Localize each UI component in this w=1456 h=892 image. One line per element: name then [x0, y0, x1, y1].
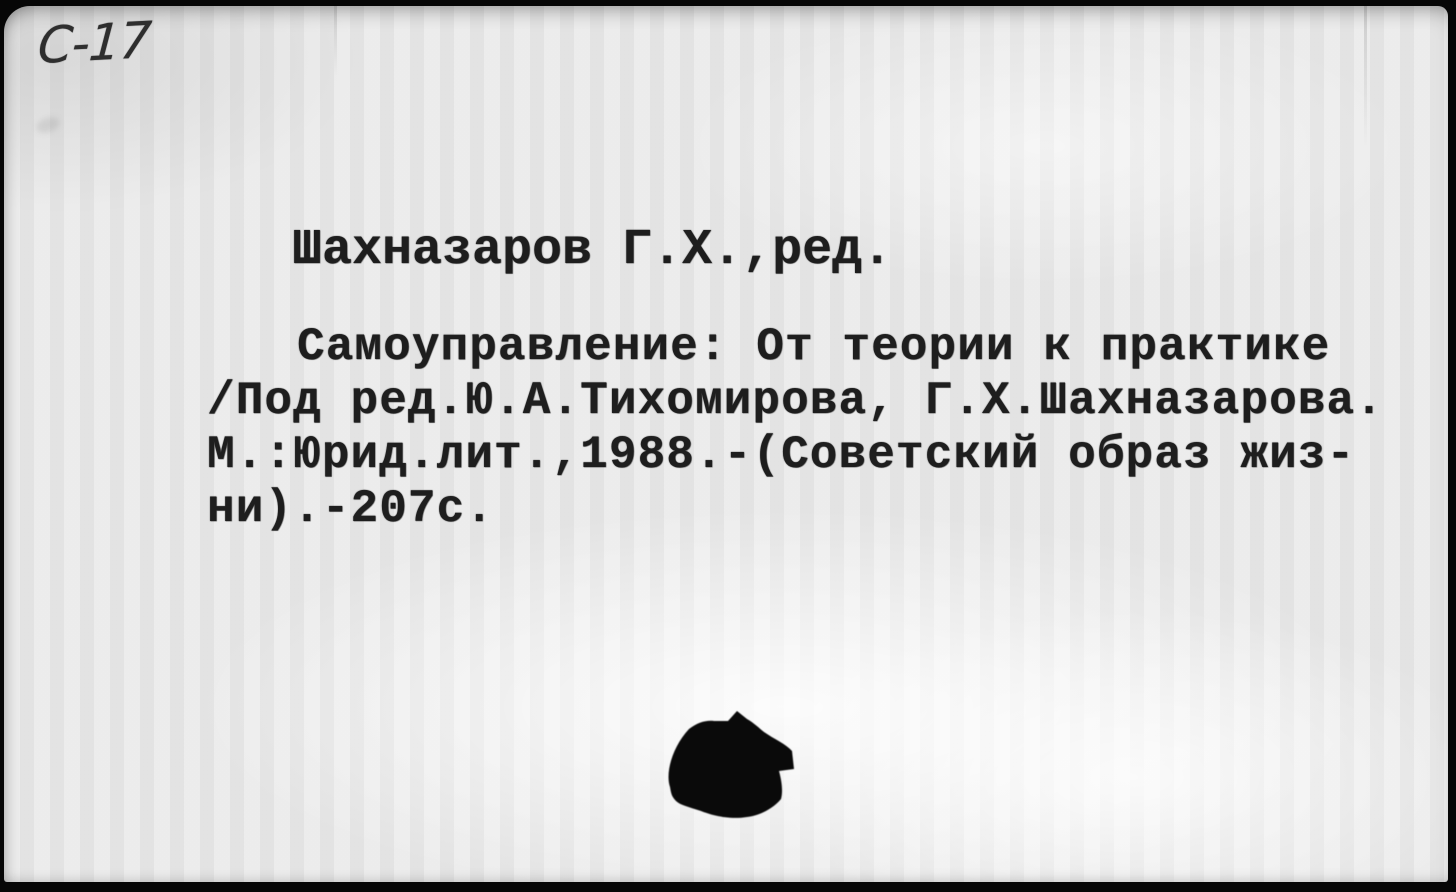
scan-crease: [1364, 6, 1367, 146]
editor-heading: Шахназаров Г.Х.,ред.: [292, 224, 892, 278]
citation-line-title: Самоуправление: От теории к практике: [207, 320, 1384, 374]
catalog-card-surface: С-17 Шахназаров Г.Х.,ред. Самоуправление…: [4, 6, 1448, 882]
call-number-handwritten: С-17: [36, 11, 153, 75]
bibliographic-citation: Самоуправление: От теории к практике /По…: [207, 320, 1384, 536]
scan-crease: [334, 6, 337, 76]
pencil-smudge: [34, 115, 61, 136]
ink-blot: [654, 702, 804, 832]
citation-line-pages: ни).-207с.: [207, 482, 1384, 536]
citation-line-imprint: М.:Юрид.лит.,1988.-(Советский образ жиз-: [207, 428, 1384, 482]
scanned-catalog-card: С-17 Шахназаров Г.Х.,ред. Самоуправление…: [0, 0, 1456, 892]
citation-line-editors: /Под ред.Ю.А.Тихомирова, Г.Х.Шахназарова…: [207, 374, 1384, 428]
